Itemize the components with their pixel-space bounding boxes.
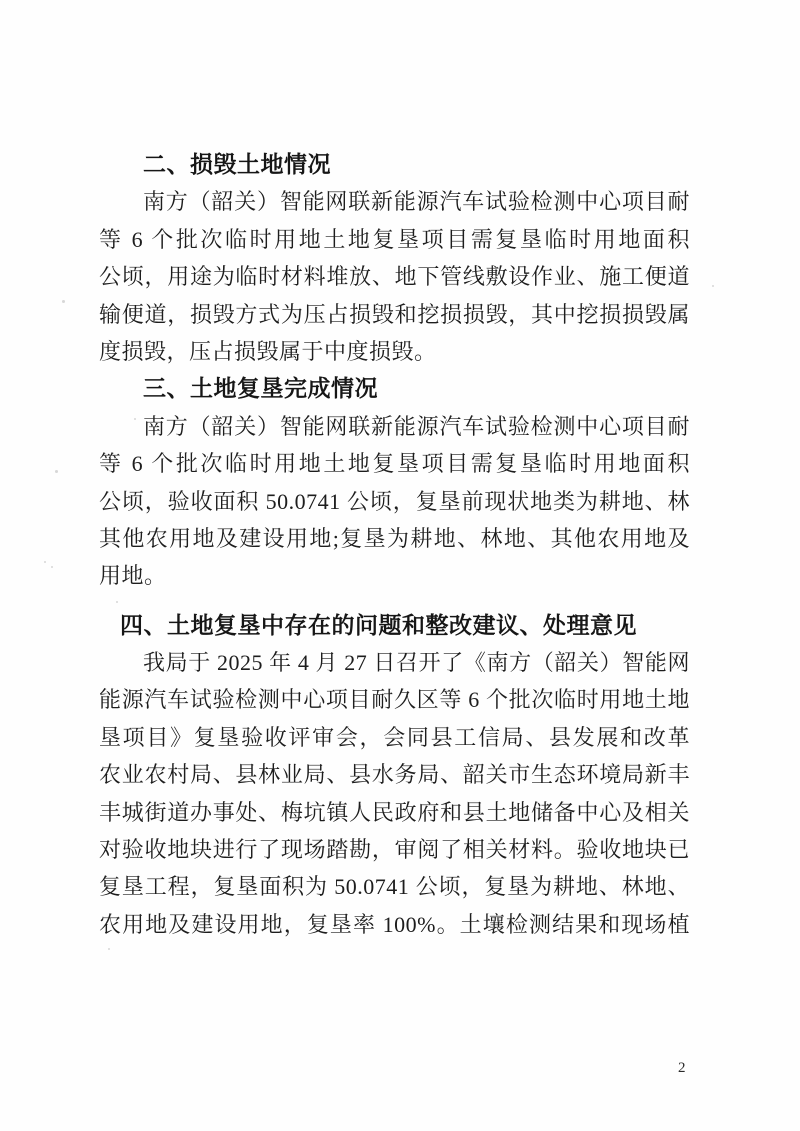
- scan-speck: [108, 948, 110, 950]
- scan-speck: [134, 418, 136, 420]
- scan-speck: [55, 470, 58, 473]
- text-line: 对验收地块进行了现场踏勘，审阅了相关材料。验收地块已完成: [99, 831, 690, 868]
- text-line: 公顷，用途为临时材料堆放、地下管线敷设作业、施工便道及运: [99, 258, 690, 295]
- scan-speck: [51, 566, 53, 568]
- text-line: 丰城街道办事处、梅坑镇人民政府和县土地储备中心及相关专家: [99, 794, 690, 831]
- text-line: 南方（韶关）智能网联新能源汽车试验检测中心项目耐久区: [99, 183, 690, 220]
- text-line: 度损毁，压占损毁属于中度损毁。: [99, 333, 690, 370]
- document-section: 二、损毁土地情况南方（韶关）智能网联新能源汽车试验检测中心项目耐久区等 6 个批…: [99, 146, 690, 370]
- section-heading: 二、损毁土地情况: [99, 146, 690, 183]
- text-line: 农用地及建设用地，复垦率 100%。土壤检测结果和现场植被恢: [99, 906, 690, 943]
- scan-speck: [62, 300, 65, 303]
- document-section: 四、土地复垦中存在的问题和整改建议、处理意见我局于 2025 年 4 月 27 …: [99, 607, 690, 944]
- text-line: 复垦工程，复垦面积为 50.0741 公顷，复垦为耕地、林地、其他: [99, 868, 690, 905]
- text-line: 南方（韶关）智能网联新能源汽车试验检测中心项目耐久区: [99, 408, 690, 445]
- text-line: 垦项目》复垦验收评审会，会同县工信局、县发展和改革局、县: [99, 719, 690, 756]
- section-heading: 三、土地复垦完成情况: [99, 370, 690, 407]
- text-line: 农业农村局、县林业局、县水务局、韶关市生态环境局新丰分局、: [99, 756, 690, 793]
- text-line: 等 6 个批次临时用地土地复垦项目需复垦临时用地面积 50.0741: [99, 445, 690, 482]
- text-line: 输便道，损毁方式为压占损毁和挖损损毁，其中挖损损毁属于重: [99, 296, 690, 333]
- scan-speck: [44, 561, 46, 563]
- scan-speck: [116, 601, 118, 603]
- text-line: 用地。: [99, 557, 690, 594]
- text-line: 能源汽车试验检测中心项目耐久区等 6 个批次临时用地土地复: [99, 681, 690, 718]
- document-page: 二、损毁土地情况南方（韶关）智能网联新能源汽车试验检测中心项目耐久区等 6 个批…: [0, 0, 800, 1131]
- document-section: 三、土地复垦完成情况南方（韶关）智能网联新能源汽车试验检测中心项目耐久区等 6 …: [99, 370, 690, 594]
- text-line: 等 6 个批次临时用地土地复垦项目需复垦临时用地面积 50.0741: [99, 221, 690, 258]
- text-line: 我局于 2025 年 4 月 27 日召开了《南方（韶关）智能网联新: [99, 644, 690, 681]
- scan-speck: [712, 285, 714, 287]
- text-line: 公顷，验收面积 50.0741 公顷，复垦前现状地类为耕地、林地、: [99, 483, 690, 520]
- document-content: 二、损毁土地情况南方（韶关）智能网联新能源汽车试验检测中心项目耐久区等 6 个批…: [99, 146, 690, 943]
- text-line: 其他农用地及建设用地;复垦为耕地、林地、其他农用地及建设: [99, 520, 690, 557]
- section-heading: 四、土地复垦中存在的问题和整改建议、处理意见: [99, 607, 690, 644]
- page-number: 2: [678, 1058, 686, 1078]
